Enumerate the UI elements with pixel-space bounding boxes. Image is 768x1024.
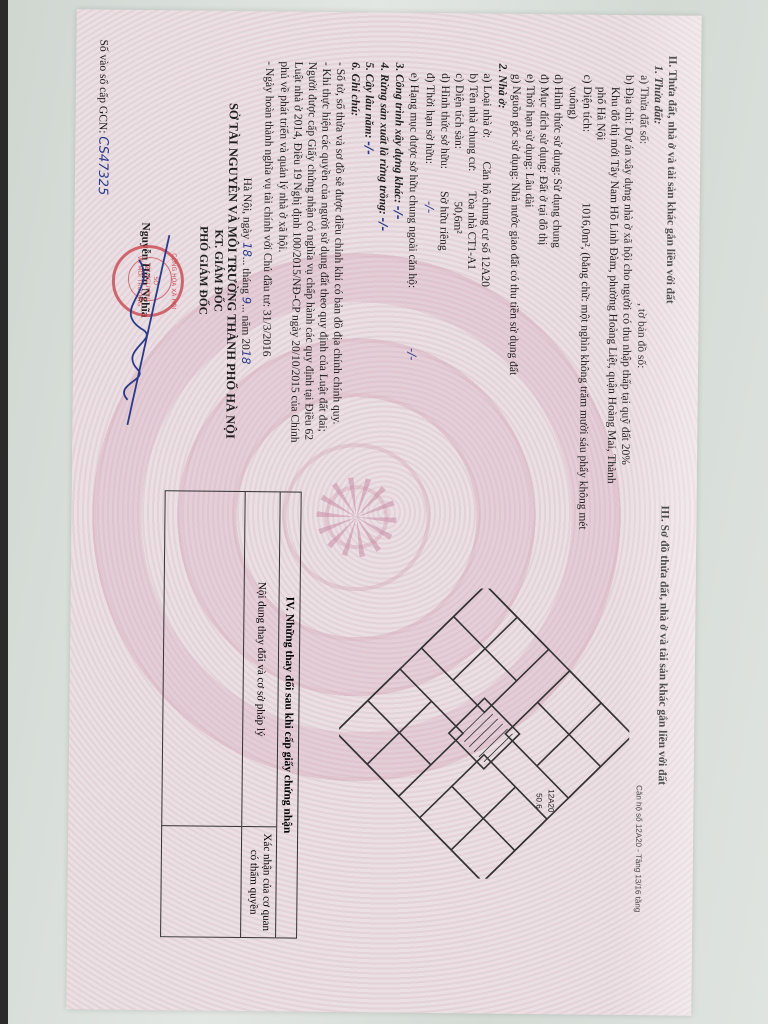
section-2-parcel-house-info: II. Thửa đất, nhà ở và tài sản khác gắn … bbox=[257, 51, 680, 615]
photo-edge-shadow bbox=[0, 0, 8, 1024]
floor-plan-caption: Căn hộ số 12A20 - Tầng 13/16 tầng bbox=[633, 785, 643, 912]
table-empty-row bbox=[160, 491, 245, 937]
apartment-floor-plan: 12A20 50.6 bbox=[338, 587, 631, 880]
section-2-title: II. Thửa đất, nhà ở và tài sản khác gắn … bbox=[659, 55, 679, 615]
unit-label: 12A20 bbox=[546, 789, 555, 813]
signature-scribble bbox=[87, 229, 199, 430]
registry-number: Số vào sổ cấp GCN: CS47325 bbox=[95, 39, 112, 195]
land-address: b) Địa chỉ: Dự án xây dựng nhà ở xã hội … bbox=[617, 55, 637, 615]
section-3-title: III. Sơ đồ thửa đất, nhà ở và tài sản kh… bbox=[656, 505, 671, 785]
land-parcel-number: a) Thửa đất số:, tờ bản đồ số: bbox=[631, 55, 651, 615]
land-use-certificate-page: II. Thửa đất, nhà ở và tài sản khác gắn … bbox=[66, 9, 701, 1015]
col-authority-confirmation: Xác nhận của cơ quan có thẩm quyền bbox=[241, 827, 276, 937]
changes-after-issuance-table: IV. Những thay đổi sau khi cấp giấy chứn… bbox=[160, 490, 302, 938]
col-change-content: Nội dung thay đổi và cơ sở pháp lý bbox=[242, 492, 280, 827]
land-heading: 1. Thửa đất: bbox=[645, 55, 665, 615]
table-header-row: Nội dung thay đổi và cơ sở pháp lý Xác n… bbox=[240, 492, 280, 937]
unit-area: 50.6 bbox=[534, 793, 543, 809]
